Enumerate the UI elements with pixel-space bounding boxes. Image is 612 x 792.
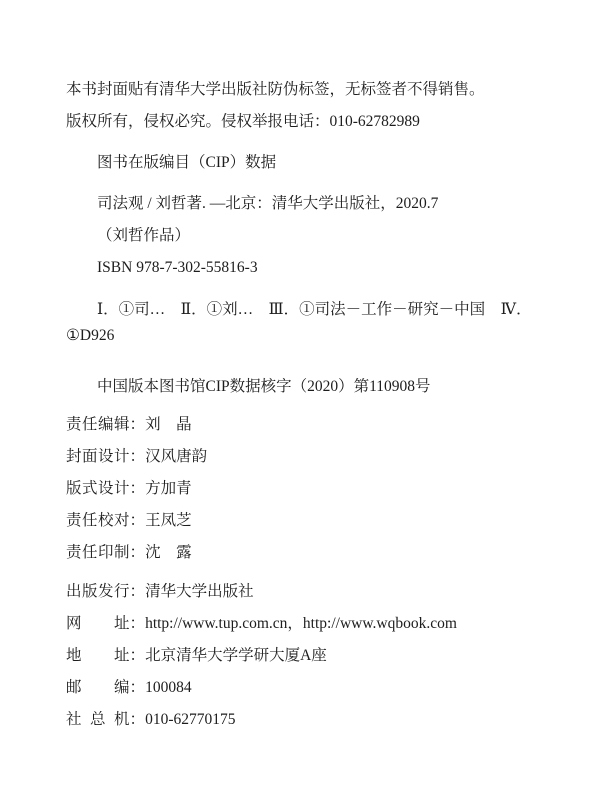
info-value: http://www.tup.com.cn，http://www.wqbook.…: [145, 615, 457, 632]
credit-value: 王凤芝: [145, 512, 192, 529]
cip-isbn-line: ISBN 978-7-302-55816-3: [66, 252, 552, 284]
credit-value: 沈 露: [145, 544, 192, 561]
credit-row-proofreader: 责任校对：王凤芝: [66, 505, 552, 537]
cip-title-line: 司法观 / 刘哲著. —北京：清华大学出版社，2020.7: [66, 188, 552, 220]
publisher-row-postcode: 邮编：100084: [66, 672, 552, 704]
info-value: 010-62770175: [145, 711, 235, 728]
credit-row-cover-design: 封面设计：汉风唐韵: [66, 441, 552, 473]
publisher-row-switchboard: 社总机：010-62770175: [66, 704, 552, 736]
info-label: 出版发行: [66, 576, 130, 608]
publisher-row-website: 网址：http://www.tup.com.cn，http://www.wqbo…: [66, 608, 552, 640]
anti-counterfeit-notice: 本书封面贴有清华大学出版社防伪标签，无标签者不得销售。: [66, 74, 552, 106]
publisher-row: 出版发行：清华大学出版社: [66, 576, 552, 608]
label-colon: ：: [130, 416, 146, 433]
credit-row-layout-design: 版式设计：方加青: [66, 473, 552, 505]
info-value: 清华大学出版社: [145, 583, 254, 600]
info-label: 社总机: [66, 704, 130, 736]
copyright-page: 本书封面贴有清华大学出版社防伪标签，无标签者不得销售。 版权所有，侵权必究。侵权…: [0, 0, 612, 792]
credit-label: 责任印制: [66, 537, 130, 569]
label-colon: ：: [130, 480, 146, 497]
credit-label: 责任编辑: [66, 409, 130, 441]
label-colon: ：: [130, 544, 146, 561]
copyright-warning: 版权所有，侵权必究。侵权举报电话：010-62782989: [66, 106, 552, 138]
label-colon: ：: [130, 679, 146, 696]
credit-value: 汉风唐韵: [145, 448, 207, 465]
publisher-info: 出版发行：清华大学出版社 网址：http://www.tup.com.cn，ht…: [66, 576, 552, 736]
cip-classification-line1: Ⅰ．①司… Ⅱ．①刘… Ⅲ．①司法－工作－研究－中国 Ⅳ．: [66, 297, 552, 323]
info-value: 100084: [145, 679, 192, 696]
credit-label: 责任校对: [66, 505, 130, 537]
cip-series-line: （刘哲作品）: [66, 220, 552, 252]
info-label: 网址: [66, 608, 130, 640]
label-colon: ：: [130, 512, 146, 529]
label-colon: ：: [130, 647, 146, 664]
credit-row-print-supervisor: 责任印制：沈 露: [66, 537, 552, 569]
info-label: 地址: [66, 640, 130, 672]
staff-credits: 责任编辑：刘 晶 封面设计：汉风唐韵 版式设计：方加青 责任校对：王凤芝 责任印…: [66, 409, 552, 569]
cip-record-number: 中国版本图书馆CIP数据核字（2020）第110908号: [66, 371, 552, 403]
credit-value: 方加青: [145, 480, 192, 497]
cip-heading: 图书在版编目（CIP）数据: [66, 147, 552, 179]
label-colon: ：: [130, 615, 146, 632]
cip-classification-line2: ①D926: [66, 323, 552, 349]
label-colon: ：: [130, 711, 146, 728]
info-value: 北京清华大学学研大厦A座: [145, 647, 327, 664]
credit-label: 封面设计: [66, 441, 130, 473]
label-colon: ：: [130, 448, 146, 465]
credit-row-editor: 责任编辑：刘 晶: [66, 409, 552, 441]
label-colon: ：: [130, 583, 146, 600]
info-label: 邮编: [66, 672, 130, 704]
credit-value: 刘 晶: [145, 416, 192, 433]
publisher-row-address: 地址：北京清华大学学研大厦A座: [66, 640, 552, 672]
credit-label: 版式设计: [66, 473, 130, 505]
